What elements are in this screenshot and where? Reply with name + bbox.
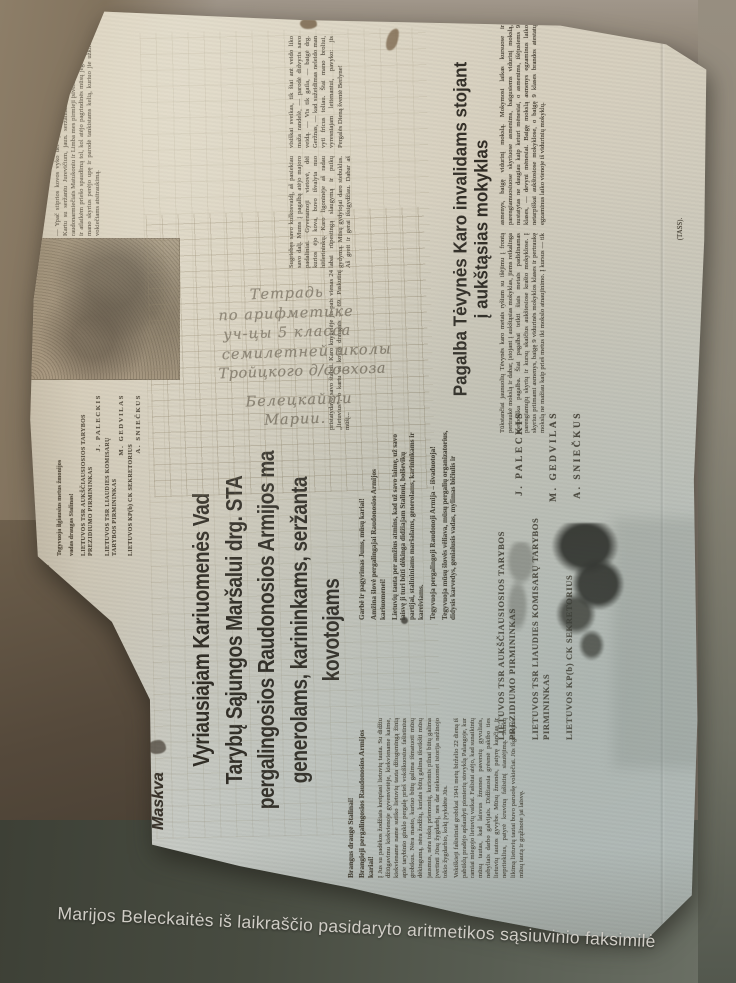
ink-stain-small: [148, 740, 166, 754]
signature-title: LIETUVOS TSR AUKŠČIAUSIOSIOS TARYBOS PRE…: [81, 406, 96, 556]
headline-line: generolams, karininkams, seržanta: [283, 438, 315, 822]
closing-line: Garbė ir pagyrimas Jums, mūsų kariai!: [358, 430, 367, 620]
salutation-line: Brangus drauge Stalinai!: [346, 718, 355, 878]
greeting-body-column-2: Vokiškieji fašistiniai grobikai 1941 met…: [453, 718, 526, 878]
signature-title: LIETUVOS TSR LIAUDIES KOMISARŲ TARYBOS P…: [105, 406, 120, 556]
salute-line: Tegyvuoja ilgiausius metus žmonijos: [56, 380, 65, 556]
newspaper-clipping: Mūsų tauta amžiais didžiuojasi pergale p…: [24, 6, 716, 942]
salute-line: vadas draugas Stalinas!: [68, 380, 77, 556]
war-story-column-1: — Ypač stiprios kovos vyko dėl Tytuvėnų …: [54, 40, 284, 236]
signature-name: M. GEDVILAS: [118, 380, 125, 556]
signature-block-small: Tegyvuoja ilgiausius metus žmonijos vada…: [56, 380, 184, 556]
headline-line: pergalingosios Raudonosios Armijos ma: [251, 438, 283, 822]
greeting-closing-lines: Garbė ir pagyrimas Jums, mūsų kariai! Am…: [358, 430, 458, 620]
ink-dot: [401, 617, 408, 624]
signature-entry: LIETUVOS KP(b) CK SEKRETORIUS A. SNIEČKU…: [128, 380, 141, 556]
clipping-shadow-wrap: Mūsų tauta amžiais didžiuojasi pergale p…: [0, 0, 736, 983]
signature-entry: LIETUVOS TSR AUKŠČIAUSIOSIOS TARYBOS PRE…: [81, 380, 102, 556]
signature-entry: LIETUVOS TSR LIAUDIES KOMISARŲ TARYBOS P…: [105, 380, 126, 556]
greeting-body-column-1: Į Jus su padėkos žodžiais kreipiasi liet…: [377, 718, 450, 878]
war-story-paragraph: — Vis tik gaila, — baigė drg. Geržnas, —…: [304, 36, 343, 148]
headline-line: kovotojams: [316, 438, 348, 822]
headline-line: Tarybų Sąjungos Maršalui drg. STA: [218, 438, 250, 822]
paper-crease: [660, 12, 665, 936]
pagalba-body: Tūkstančiai jaunuolių Tėvynės karo metai…: [499, 25, 675, 433]
closing-line: Amžina šlovė pergalingajai Raudonosios A…: [370, 430, 387, 620]
ink-stain-small: [300, 18, 317, 29]
war-story-column-2: Sugriebęs savo kulkosvaidį, aš pasiekiau…: [288, 36, 458, 268]
rotated-newsprint: Mūsų tauta amžiais didžiuojasi pergale p…: [26, 18, 696, 908]
pagalba-headline-line: į aukštąsias mokyklas: [470, 25, 493, 433]
book-photo-stage: Mūsų tauta amžiais didžiuojasi pergale p…: [0, 0, 736, 983]
ink-blot: [541, 523, 633, 665]
closing-line: Lietuvių tauta per amžius atmins, kad už…: [391, 430, 425, 620]
handwriting-note: Тетрадь по арифметике уч-цы 5 класса сем…: [208, 280, 423, 433]
greeting-headline: Vyriausiajam Kariuomenės Vad Tarybų Sąju…: [186, 438, 357, 822]
pagalba-article: Pagalba Tėvynės Karo invalidams stojant …: [450, 25, 694, 433]
salutation-line: Brangieji pergalingosios Raudonosios Arm…: [357, 718, 375, 878]
signature-name: A. SNIEČKUS: [135, 380, 142, 556]
tass-credit: (TASS).: [677, 25, 684, 433]
signature-name: J. PALECKIS: [95, 380, 102, 556]
halftone-press-photo: [30, 238, 180, 380]
closing-line: Tegyvuoja pergalingoji Raudonoji Armija …: [429, 430, 438, 620]
headline-line: Vyriausiajam Kariuomenės Vad: [186, 438, 218, 822]
closing-line: Tegyvuoja mūsų šlovės vėliava, mūsų perg…: [441, 430, 458, 620]
